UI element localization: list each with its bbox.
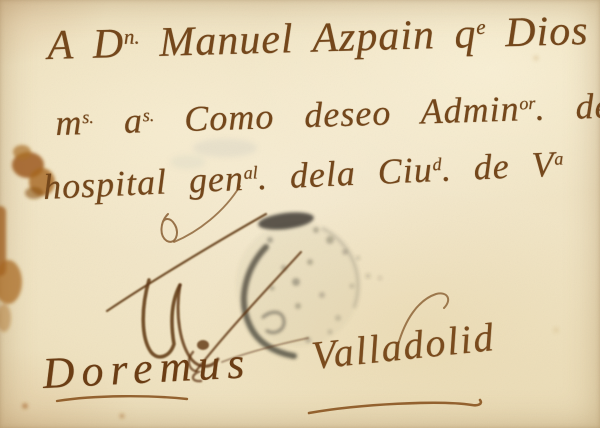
script-segment: . de V — [441, 144, 556, 189]
script-segment: al — [243, 162, 258, 183]
script-segment: hospital gen — [42, 158, 245, 207]
script-segment: a — [93, 100, 143, 142]
script-segment: e — [476, 15, 486, 39]
script-segment: d — [432, 154, 442, 174]
script-segment: . del — [535, 85, 600, 128]
script-segment: s. — [142, 105, 154, 125]
script-segment: Manuel Azpain q — [139, 11, 477, 66]
script-segment: . dela Ciu — [257, 149, 434, 197]
script-segment: s. — [82, 107, 94, 127]
script-segment: m — [55, 102, 83, 143]
endorsement-doremus: Doremus — [41, 337, 252, 399]
script-segment: A D — [47, 21, 125, 69]
script-segment: n. — [124, 24, 140, 48]
script-segment: or — [519, 93, 536, 113]
letter-cover: A Dn. Manuel Azpain qe Dios ms. as. Como… — [0, 0, 600, 428]
script-segment: Dios — [485, 8, 589, 57]
script-segment: a — [554, 148, 564, 168]
